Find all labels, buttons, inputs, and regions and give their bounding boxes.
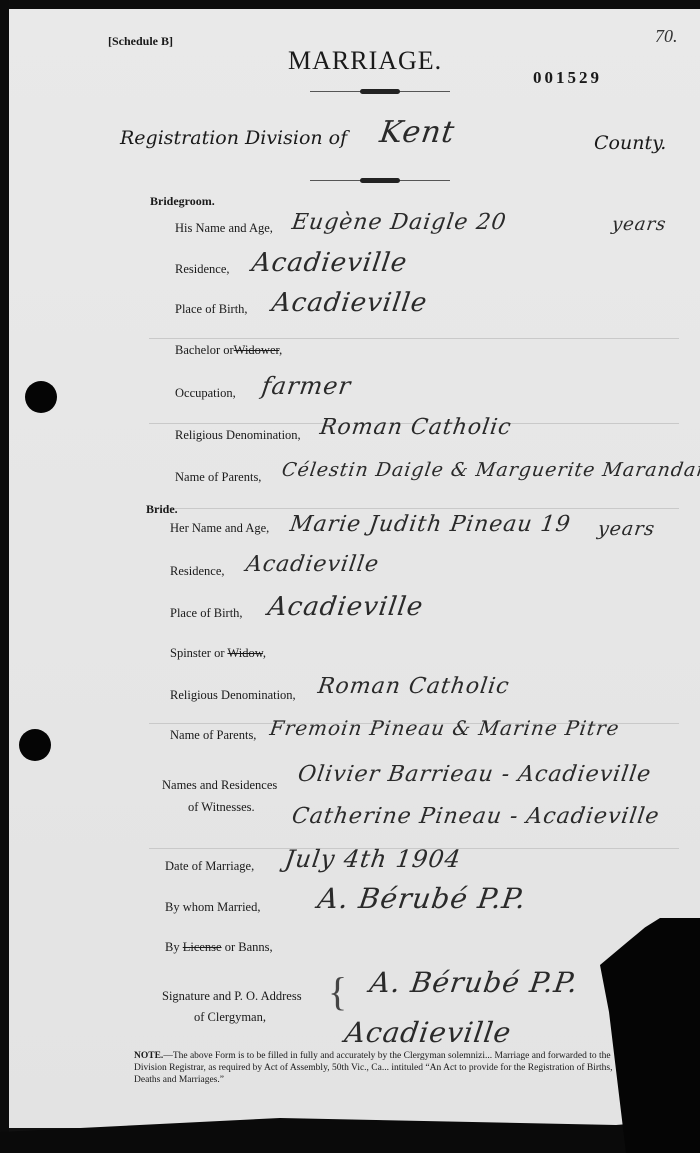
groom-parents-value: Célestin Daigle & Marguerite Marandan — [280, 459, 700, 481]
bride-name-age-value: Marie Judith Pineau 19 — [288, 512, 572, 537]
groom-parents-label: Name of Parents, — [175, 470, 261, 485]
ornament-divider-icon — [310, 88, 450, 96]
groom-marital-status-label: Bachelor orWidower, — [175, 343, 282, 358]
groom-occupation-value: farmer — [260, 372, 353, 400]
bridegroom-section-label: Bridegroom. — [150, 194, 215, 209]
clergyman-address: Acadieville — [343, 1016, 514, 1049]
ruled-line — [149, 338, 679, 339]
bride-residence-label: Residence, — [170, 564, 225, 579]
status-kept: Spinster or — [170, 646, 225, 660]
note-heading: NOTE. — [134, 1051, 163, 1061]
groom-residence-label: Residence, — [175, 262, 230, 277]
brace-icon: { — [328, 968, 347, 1015]
bride-religion-value: Roman Catholic — [316, 674, 511, 699]
marriage-date-value: July 4th 1904 — [283, 845, 463, 873]
clergyman-label-line2: of Clergyman, — [194, 1010, 266, 1025]
registration-division-label: Registration Division of — [120, 127, 347, 149]
groom-residence-value: Acadieville — [250, 248, 409, 278]
bride-name-age-label: Her Name and Age, — [170, 521, 269, 536]
punch-hole-icon — [25, 381, 57, 413]
schedule-label: [Schedule B] — [108, 34, 173, 49]
groom-name-age-value: Eugène Daigle 20 — [290, 210, 508, 235]
groom-birthplace-value: Acadieville — [270, 288, 429, 318]
scan-border-top — [0, 0, 700, 9]
groom-age-unit: years — [611, 214, 668, 235]
license-struck: License — [183, 940, 222, 954]
officiant-value: A. Bérubé P.P. — [316, 882, 529, 915]
footnote: NOTE.—The above Form is to be filled in … — [134, 1050, 614, 1086]
status-struck: Widow — [227, 646, 263, 660]
groom-religion-label: Religious Denomination, — [175, 428, 301, 443]
witnesses-label-line1: Names and Residences — [162, 778, 277, 793]
status-suffix: , — [263, 646, 266, 660]
ruled-line — [149, 508, 679, 509]
status-suffix: , — [279, 343, 282, 357]
bride-religion-label: Religious Denomination, — [170, 688, 296, 703]
officiant-label: By whom Married, — [165, 900, 260, 915]
clergyman-label-line1: Signature and P. O. Address — [162, 989, 302, 1004]
clergyman-signature: A. Bérubé P.P. — [368, 966, 581, 999]
bride-section-label: Bride. — [146, 502, 178, 517]
bride-parents-value: Fremoin Pineau & Marine Pitre — [268, 716, 621, 740]
bride-marital-status-label: Spinster or Widow, — [170, 646, 266, 661]
groom-religion-value: Roman Catholic — [318, 415, 513, 440]
ornament-divider-icon — [310, 177, 450, 185]
bride-birthplace-label: Place of Birth, — [170, 606, 243, 621]
serial-number: 001529 — [533, 68, 602, 88]
status-struck: Widower — [234, 343, 280, 357]
document-title: MARRIAGE. — [288, 46, 442, 76]
groom-occupation-label: Occupation, — [175, 386, 236, 401]
witness-2: Catherine Pineau - Acadieville — [290, 804, 661, 829]
status-kept: Bachelor or — [175, 343, 234, 357]
bride-birthplace-value: Acadieville — [266, 592, 425, 622]
groom-name-age-label: His Name and Age, — [175, 221, 273, 236]
bride-parents-label: Name of Parents, — [170, 728, 256, 743]
punch-hole-icon — [19, 729, 51, 761]
registration-division-value: Kent — [378, 115, 458, 150]
bride-age-unit: years — [596, 518, 656, 540]
witnesses-label-line2: of Witnesses. — [188, 800, 255, 815]
note-text: —The above Form is to be filled in fully… — [134, 1051, 612, 1085]
county-label: County. — [594, 132, 666, 154]
license-by: By — [165, 940, 180, 954]
marriage-date-label: Date of Marriage, — [165, 859, 254, 874]
bride-residence-value: Acadieville — [244, 552, 381, 577]
witness-1: Olivier Barrieau - Acadieville — [296, 762, 653, 787]
license-rest: or Banns, — [225, 940, 273, 954]
scan-border-left — [0, 0, 9, 1153]
license-banns-label: By License or Banns, — [165, 940, 273, 955]
page-number: 70. — [655, 26, 678, 47]
groom-birthplace-label: Place of Birth, — [175, 302, 248, 317]
